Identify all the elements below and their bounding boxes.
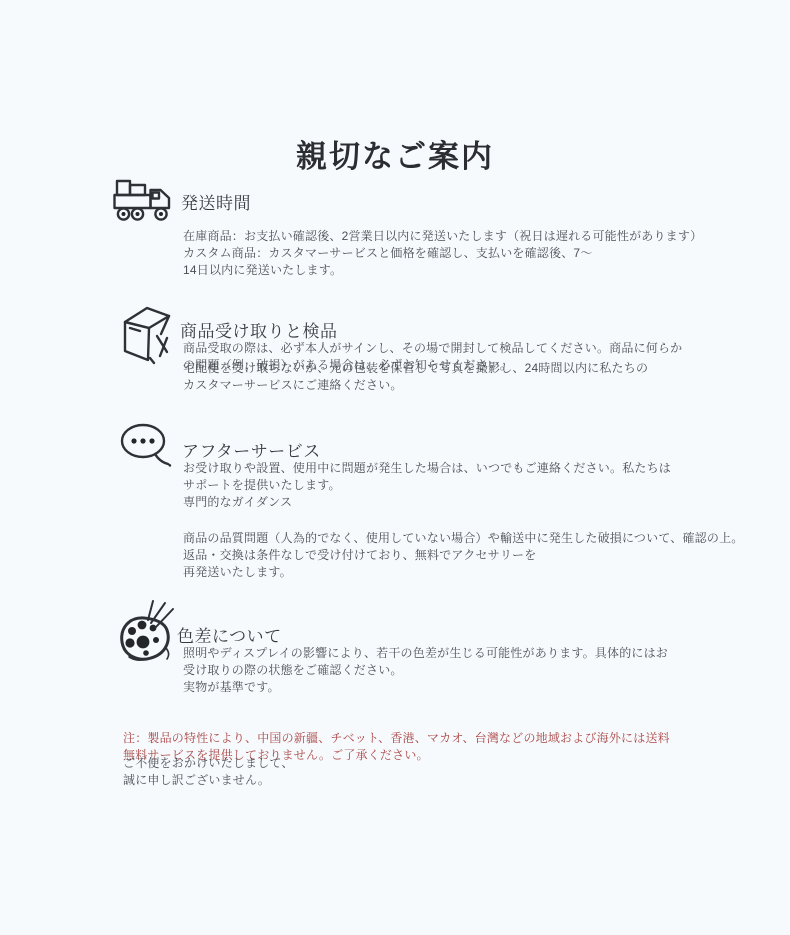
chat-bubble-icon: [119, 421, 172, 468]
section-receipt-heading: 商品受け取りと検品: [180, 317, 338, 342]
footnote-apology: ご不便をおかけいたしまして、 誠に申し訳ございません。: [123, 755, 294, 789]
section-color-heading: 色差について: [177, 622, 282, 647]
palette-icon: [115, 599, 179, 673]
truck-icon: [112, 176, 176, 224]
section-color-text: 照明やディスプレイの影響により、若干の色差が生じる可能性があります。具体的にはお…: [183, 645, 668, 696]
section-service-heading: アフターサービス: [182, 437, 321, 462]
package-icon: [117, 296, 175, 366]
section-shipping-text: 在庫商品：お支払い確認後、2営業日以内に発送いたします（祝日は遅れる可能性があり…: [183, 228, 702, 279]
section-service-text-2: 商品の品質問題（人為的でなく、使用していない場合）や輸送中に発生した破損について…: [183, 530, 743, 581]
section-service-text-1: お受け取りや設置、使用中に問題が発生した場合は、いつでもご連絡ください。私たちは…: [183, 460, 671, 511]
section-shipping-heading: 発送時間: [181, 189, 251, 214]
section-receipt-text-2: 宅配便を受け取らないか、元の包装を保管して写真を撮影し、24時間以内に私たちの …: [183, 360, 648, 394]
page-title: 親切なご案内: [0, 131, 790, 176]
guide-panel: 親切なご案内 発送時間 在庫商品：お支払い確認後、2営業日以内に発送いたします（…: [0, 0, 790, 935]
